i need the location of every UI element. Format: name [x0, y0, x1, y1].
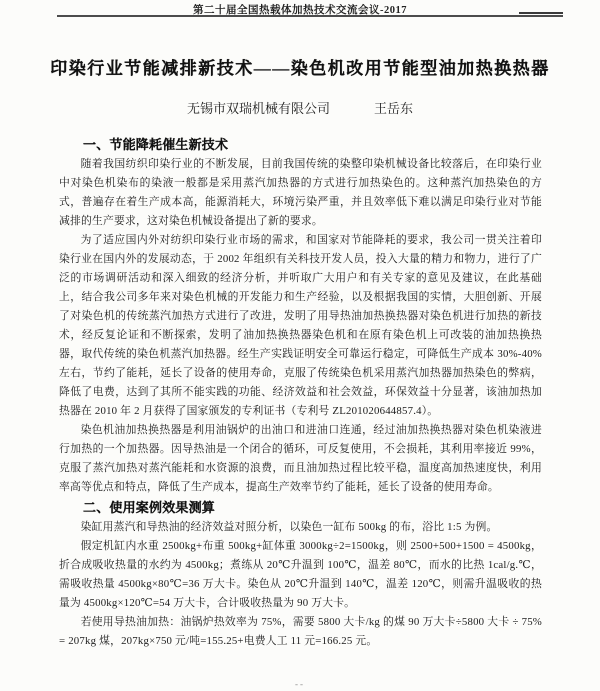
- byline-author: 王岳东: [374, 101, 413, 116]
- section-1-paragraph: 随着我国纺织印染行业的不断发展，目前我国传统的染整印染机械设备比较落后，在印染行…: [59, 155, 542, 231]
- section-2-paragraph: 若使用导热油加热：油锅炉热效率为 75%，需要 5800 大卡/kg 的煤 90…: [59, 613, 542, 651]
- header-rule: [57, 15, 563, 17]
- header-rule-scan-artifact: [519, 12, 563, 14]
- paper-body: 一、节能降耗催生新技术 随着我国纺织印染行业的不断发展，目前我国传统的染整印染机…: [59, 134, 542, 687]
- section-1-heading: 一、节能降耗催生新技术: [59, 134, 542, 155]
- paper-title: 印染行业节能减排新技术——染色机改用节能型油加热换热器: [0, 54, 600, 79]
- byline: 无锡市双瑞机械有限公司王岳东: [0, 98, 600, 117]
- byline-company: 无锡市双瑞机械有限公司: [187, 101, 330, 116]
- section-2-heading: 二、使用案例效果测算: [59, 497, 542, 518]
- section-1-paragraph: 为了适应国内外对纺织印染行业市场的需求，和国家对节能降耗的要求，我公司一贯关注着…: [59, 231, 542, 421]
- page-number-mark: --: [0, 679, 600, 689]
- section-2-paragraph: 假定机缸内水重 2500kg+布重 500kg+缸体重 3000kg÷2=150…: [59, 537, 542, 613]
- scanned-paper-page: 第二十届全国热载体加热技术交流会议-2017 印染行业节能减排新技术——染色机改…: [0, 0, 600, 691]
- section-1-paragraph: 染色机油加热换热器是利用油锅炉的出油口和进油口连通，经过油加热换热器对染色机染液…: [59, 421, 542, 497]
- section-2-paragraph: 染缸用蒸汽和导热油的经济效益对照分析，以染色一缸布 500kg 的布，浴比 1:…: [59, 518, 542, 537]
